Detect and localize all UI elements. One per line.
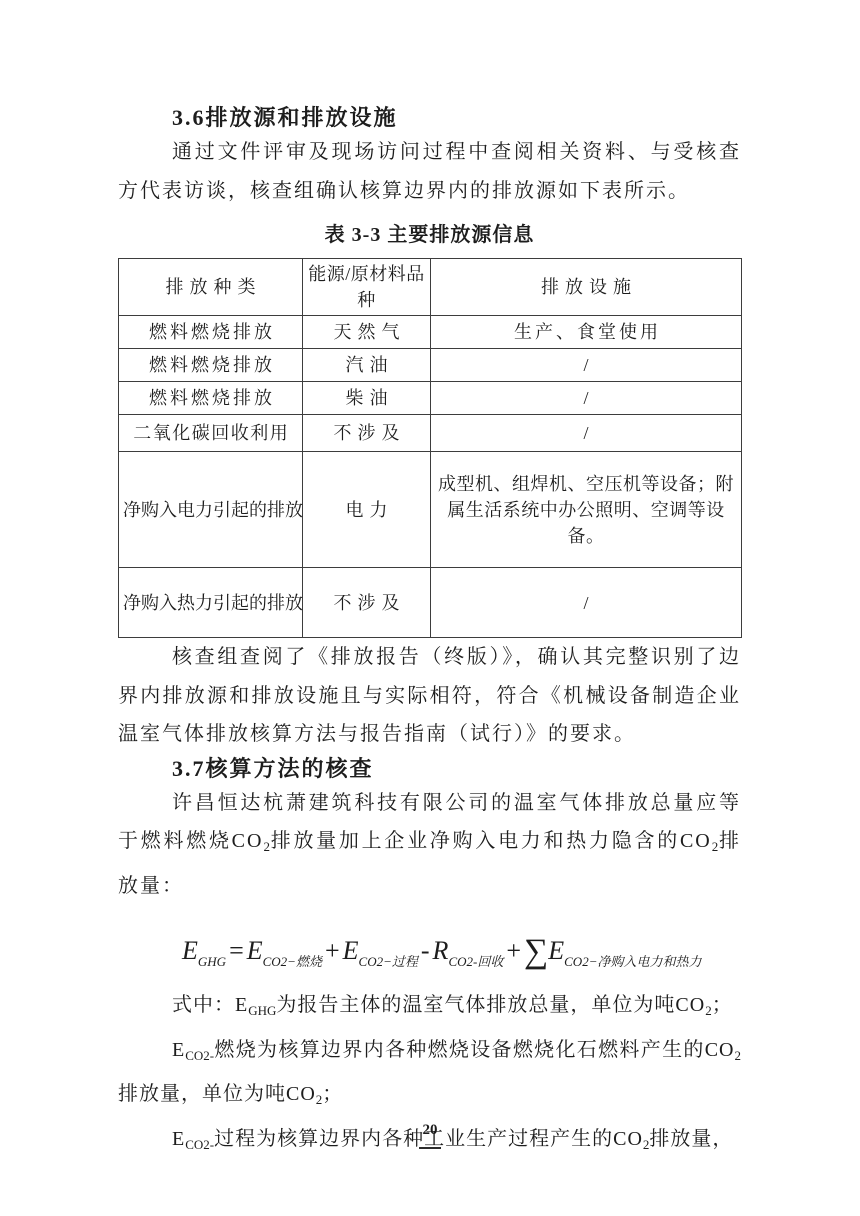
table-cell: / [431, 349, 742, 382]
table-row: 燃料燃烧排放柴油/ [119, 382, 742, 415]
table-cell: 燃料燃烧排放 [119, 382, 303, 415]
table-cell: 二氧化碳回收利用 [119, 415, 303, 452]
paragraph-sec36-intro: 通过文件评审及现场访问过程中查阅相关资料、与受核查方代表访谈，核查组确认核算边界… [118, 133, 741, 210]
paragraph-sec36-conclusion: 核查组查阅了《排放报告（终版）》，确认其完整识别了边界内排放源和排放设施且与实际… [118, 638, 741, 754]
page-footer: 20 [0, 1122, 860, 1149]
table-cell: 电力 [303, 452, 431, 568]
table-cell: 天然气 [303, 316, 431, 349]
column-header-emission-facility: 排放设施 [431, 259, 742, 316]
section-heading-3-7: 3.7核算方法的核查 [172, 754, 741, 784]
emission-source-table: 排放种类 能源/原材料品种 排放设施 燃料燃烧排放天然气生产、食堂使用燃料燃烧排… [118, 258, 742, 638]
table-cell: 燃料燃烧排放 [119, 349, 303, 382]
table-cell: 柴油 [303, 382, 431, 415]
table-cell: 净购入电力引起的排放 [119, 452, 303, 568]
paragraph-sec37-intro: 许昌恒达杭萧建筑科技有限公司的温室气体排放总量应等于燃料燃烧CO2排放量加上企业… [118, 784, 741, 906]
table-row: 净购入电力引起的排放电力成型机、组焊机、空压机等设备；附属生活系统中办公照明、空… [119, 452, 742, 568]
table-row: 燃料燃烧排放天然气生产、食堂使用 [119, 316, 742, 349]
table-cell: / [431, 415, 742, 452]
footer-rule [419, 1147, 441, 1149]
table-cell: / [431, 568, 742, 638]
table-cell: 生产、食堂使用 [431, 316, 742, 349]
table-cell: / [431, 382, 742, 415]
table-cell: 汽油 [303, 349, 431, 382]
column-header-energy-material: 能源/原材料品种 [303, 259, 431, 316]
table-cell: 净购入热力引起的排放 [119, 568, 303, 638]
table-row: 净购入热力引起的排放不涉及/ [119, 568, 742, 638]
table-row: 燃料燃烧排放汽油/ [119, 349, 742, 382]
ghg-emission-formula: EGHG=ECO2−燃烧+ECO2−过程-RCO2-回收+∑ECO2−净购入电力… [182, 927, 741, 986]
table-cell: 不涉及 [303, 568, 431, 638]
document-page: 3.6排放源和排放设施 通过文件评审及现场访问过程中查阅相关资料、与受核查方代表… [0, 0, 860, 1216]
section-heading-3-6: 3.6排放源和排放设施 [172, 103, 741, 133]
table-cell: 成型机、组焊机、空压机等设备；附属生活系统中办公照明、空调等设备。 [431, 452, 742, 568]
table-row: 二氧化碳回收利用不涉及/ [119, 415, 742, 452]
table-cell: 燃料燃烧排放 [119, 316, 303, 349]
paragraph-formula-term-ghg: 式中：EGHG为报告主体的温室气体排放总量，单位为吨CO2； [118, 986, 741, 1031]
table-cell: 不涉及 [303, 415, 431, 452]
column-header-emission-type: 排放种类 [119, 259, 303, 316]
page-number: 20 [0, 1122, 860, 1139]
table-title: 表 3-3 主要排放源信息 [118, 220, 741, 250]
table-header-row: 排放种类 能源/原材料品种 排放设施 [119, 259, 742, 316]
paragraph-formula-term-combustion: ECO2-燃烧为核算边界内各种燃烧设备燃烧化石燃料产生的CO2排放量，单位为吨C… [118, 1031, 741, 1120]
